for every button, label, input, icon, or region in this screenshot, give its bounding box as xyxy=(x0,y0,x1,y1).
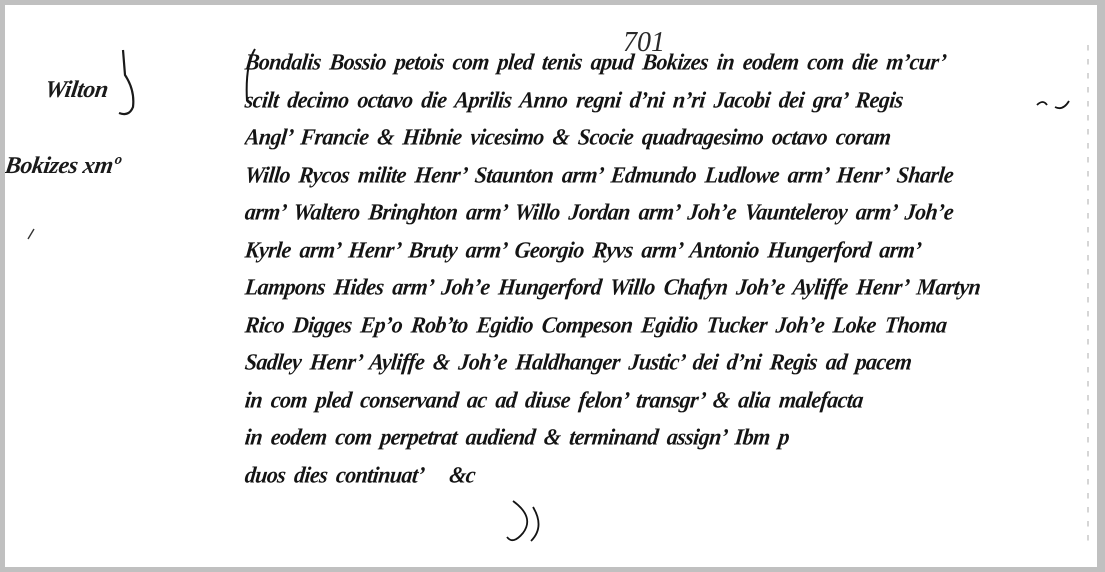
manuscript-line: Angl’ Francie & Hibnie vicesimo & Scocie… xyxy=(243,117,1047,156)
manuscript-line: in com pled conservand ac ad diuse felon… xyxy=(243,380,1047,419)
manuscript-line: Bondalis Bossio petois com pled tenis ap… xyxy=(243,42,1047,81)
manuscript-line: Lampons Hides arm’ Joh’e Hungerford Will… xyxy=(243,267,1047,306)
manuscript-page: Wilton Bokizes xmº 701 Bondalis Bossio p… xyxy=(5,5,1097,567)
manuscript-line: duos dies continuat’ &c xyxy=(243,455,1047,494)
manuscript-line: Kyrle arm’ Henr’ Bruty arm’ Georgio Ryvs… xyxy=(243,230,1047,269)
margin-note-place: Bokizes xmº xyxy=(5,153,121,180)
manuscript-line: arm’ Waltero Bringhton arm’ Willo Jordan… xyxy=(243,192,1047,231)
manuscript-line: Rico Digges Ep’o Rob’to Egidio Compeson … xyxy=(243,305,1047,344)
margin-stroke-icon xyxy=(25,227,37,241)
page-edge-shadow xyxy=(1087,45,1089,545)
margin-note-wilton: Wilton xyxy=(43,77,110,104)
manuscript-text-block: Bondalis Bossio petois com pled tenis ap… xyxy=(245,43,1045,493)
manuscript-line: Willo Rycos milite Henr’ Staunton arm’ E… xyxy=(243,155,1047,194)
manuscript-line: in eodem com perpetrat audiend & termina… xyxy=(243,417,1047,456)
ascender-flourish-icon xyxy=(113,45,143,120)
manuscript-line: Sadley Henr’ Ayliffe & Joh’e Haldhanger … xyxy=(243,342,1047,381)
closing-flourish-icon xyxy=(505,497,555,547)
manuscript-line: scilt decimo octavo die Aprilis Anno reg… xyxy=(243,80,1047,119)
